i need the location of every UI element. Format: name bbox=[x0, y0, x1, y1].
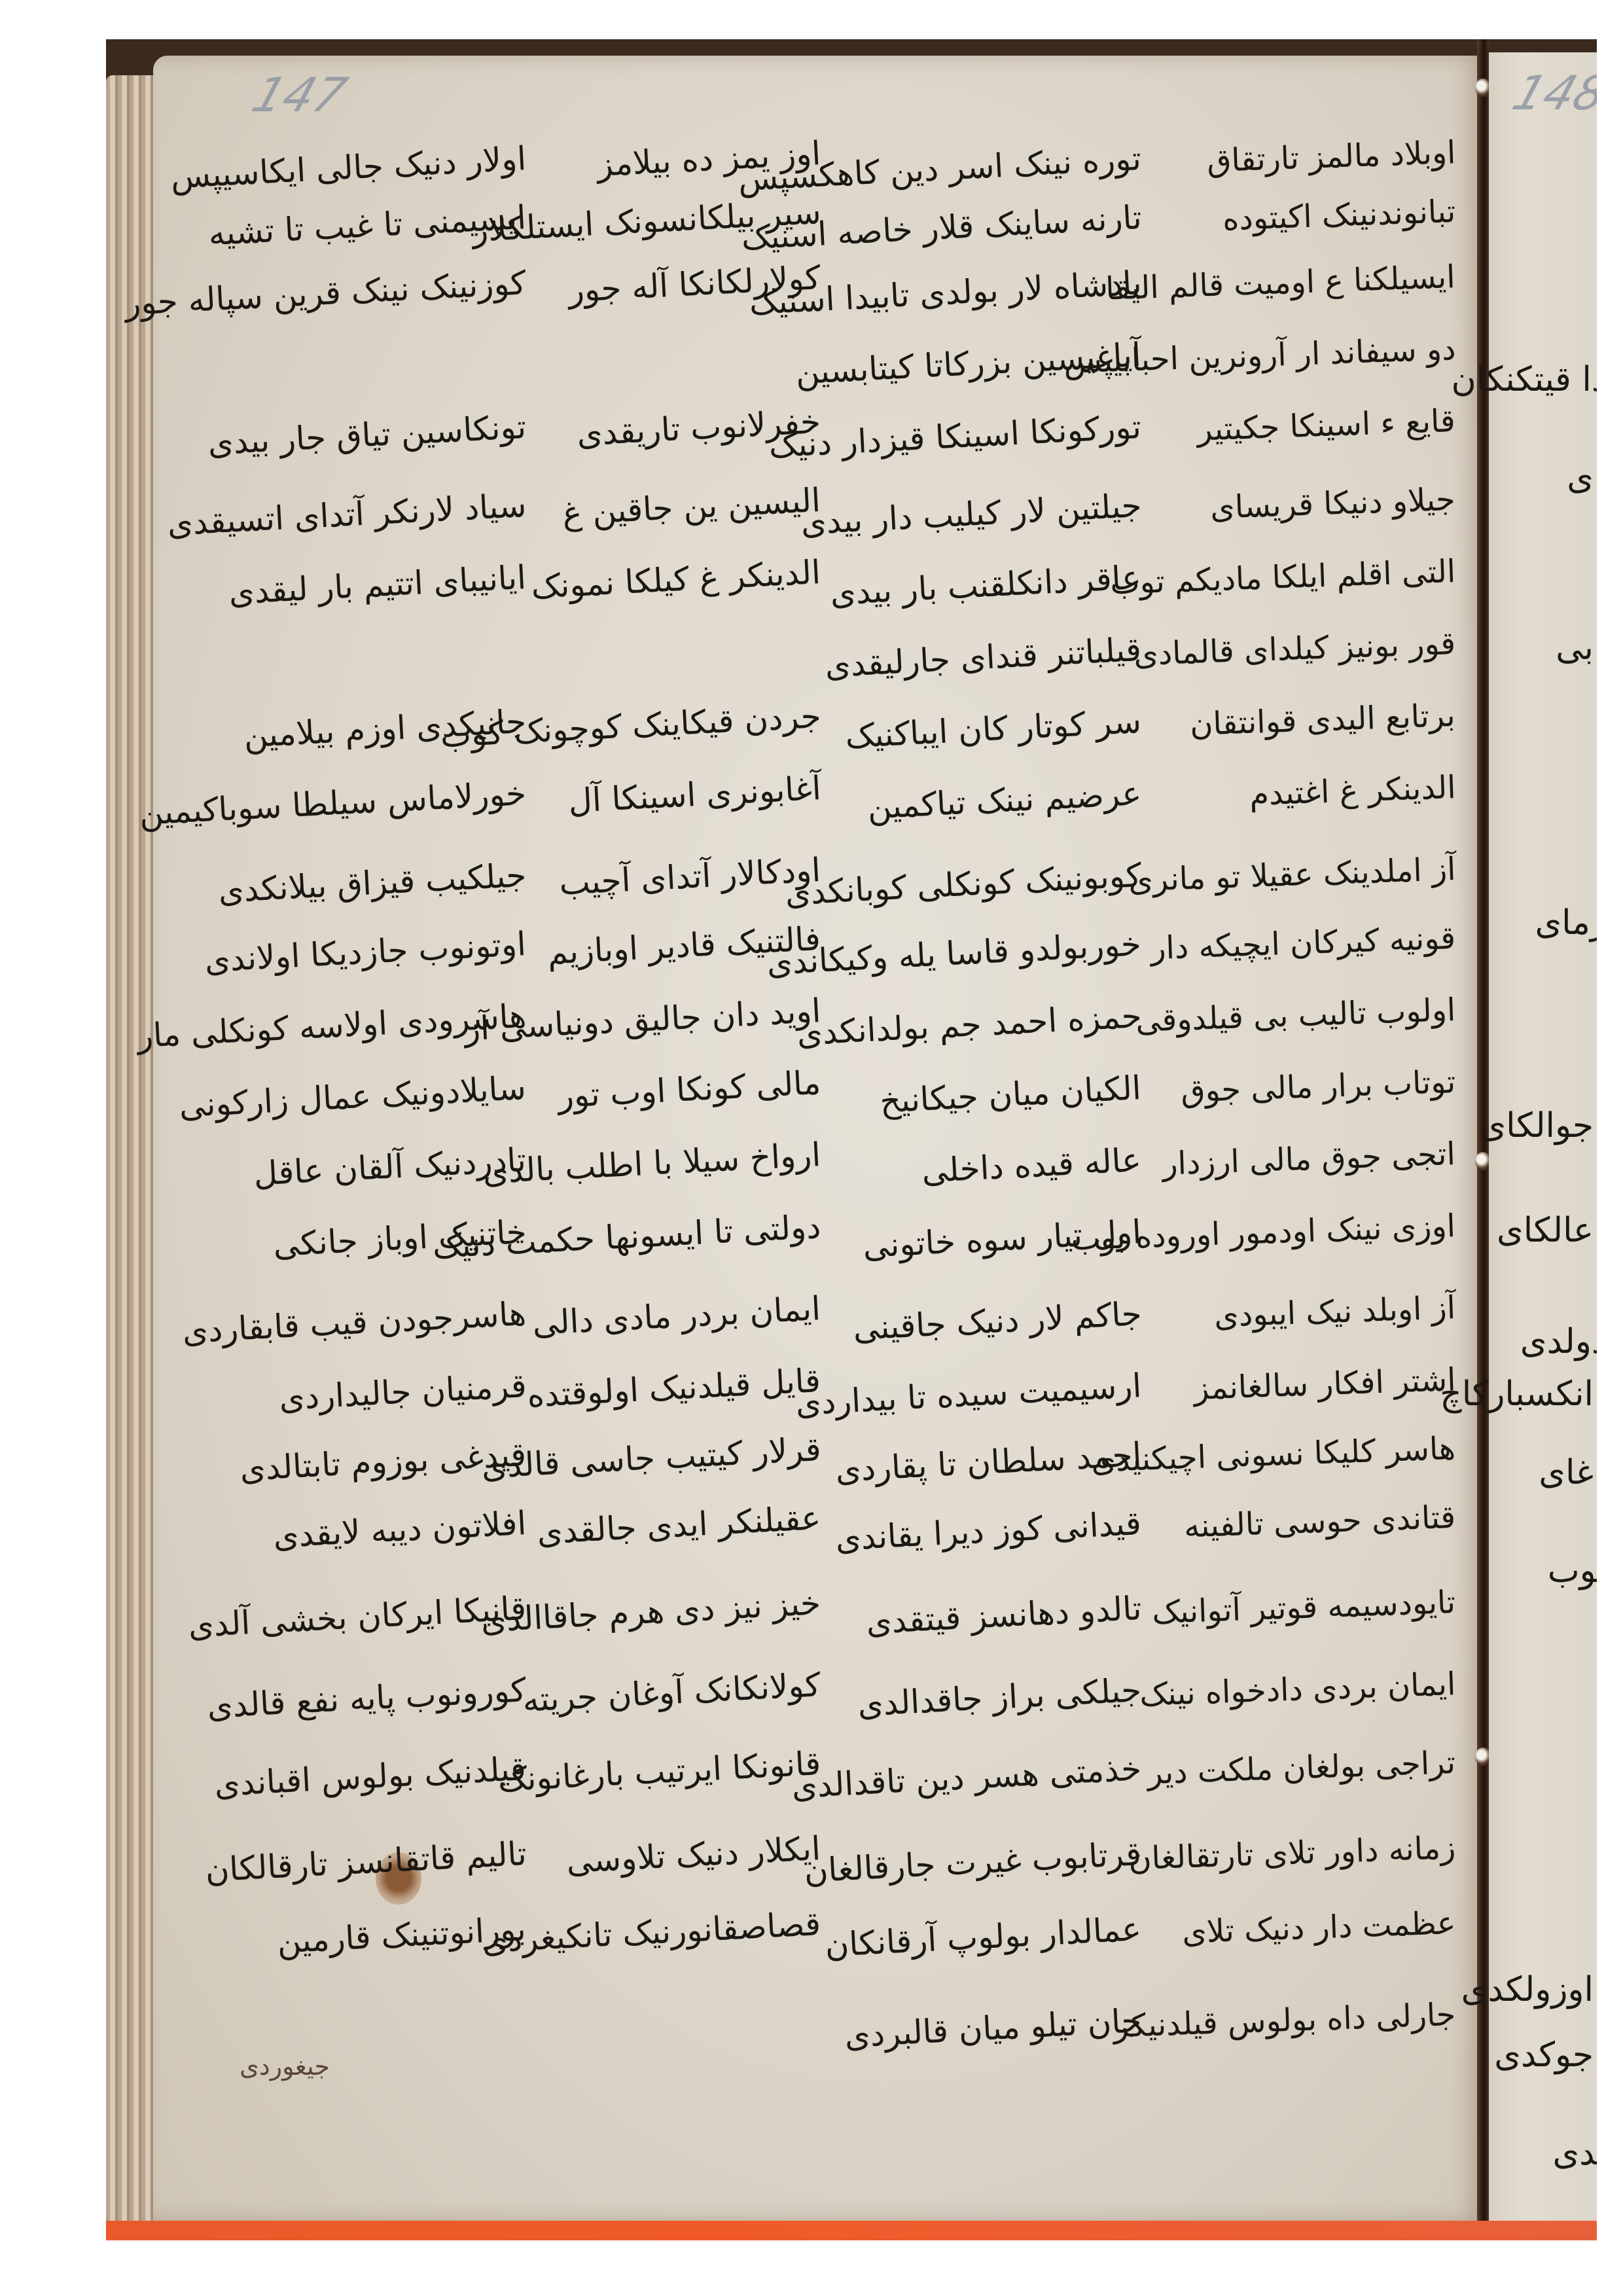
right-page-fragment: دا قیتکنکان bbox=[1451, 360, 1597, 399]
manuscript-line-right: ایسیلکنا ع اومیت قالم الیقا bbox=[1105, 259, 1456, 308]
manuscript-line-mid-right: قیدانی کوز دیرا یقاندی bbox=[835, 1504, 1143, 1558]
manuscript-line-mid-left: آغابونری اسینکا آل bbox=[567, 769, 822, 820]
manuscript-line-mid-right: آیاغیسین بزرکاتا کیتابسین bbox=[795, 336, 1143, 392]
right-page-fragment: انکسبارکاچ bbox=[1440, 1374, 1594, 1414]
page-stack-edges bbox=[106, 75, 158, 2229]
manuscript-line-mid-right: عاله قیده داخلی bbox=[921, 1141, 1142, 1190]
manuscript-line-mid-left: قصاصقانورنیک تانکیغردی bbox=[481, 1905, 821, 1960]
manuscript-line-left: کورونوب پایه نفع قالدی bbox=[206, 1671, 527, 1725]
manuscript-line-left: اولار دنیک جالی ایکاسیپس bbox=[169, 139, 527, 196]
manuscript-line-right: برتابع الیدی قوانتقان bbox=[1190, 697, 1456, 743]
manuscript-line-right: قونیه کیرکان ایچیکه دار bbox=[1150, 920, 1456, 967]
manuscript-line-right: اتجی جوق مالی ارزدار bbox=[1162, 1136, 1456, 1183]
manuscript-line-right: قتاندی حوسی تالفینه bbox=[1183, 1499, 1456, 1545]
manuscript-line-mid-left: اودکالار آتدای آچیب bbox=[558, 851, 821, 903]
manuscript-line-mid-right: احمد سلطان تا پقاردی bbox=[834, 1435, 1143, 1489]
manuscript-line-left: تونکاسین تیاق جار بیدی bbox=[207, 408, 527, 462]
manuscript-photo: 147 اوبلاد مالمز تارتقاقتوره نینک اسر دی… bbox=[106, 39, 1597, 2240]
manuscript-line-right: الدینکر غ اغتیدم bbox=[1249, 769, 1456, 813]
manuscript-line-right: تایودسیمه قوتیر آتوانیک bbox=[1151, 1584, 1456, 1631]
manuscript-line-mid-left: ارواخ سیلا با اطلب بالدی bbox=[482, 1136, 821, 1191]
manuscript-line-mid-left: قرلار کیتیب جاسی قالدی bbox=[480, 1430, 822, 1486]
manuscript-line-mid-right: خذمتی هسر دین تاقدالدی bbox=[791, 1749, 1142, 1806]
manuscript-line-right: جارلی داه بولوس قیلدنیکر bbox=[1113, 1996, 1456, 2045]
margin-note: جیغوردی bbox=[240, 2052, 330, 2081]
right-page-fragment: دولدی bbox=[1520, 1322, 1597, 1361]
manuscript-line-mid-left: الیسین ین جاقین غ bbox=[562, 481, 821, 533]
right-page-fragment: جوالکای bbox=[1479, 1106, 1594, 1145]
manuscript-line-mid-left: خیز نیز دی هرم جاقاالدی bbox=[480, 1584, 821, 1640]
manuscript-line-left: خورلاماس سیلطا سوباکیمین bbox=[138, 774, 527, 833]
manuscript-line-right: توتاب برار مالی جوق bbox=[1180, 1064, 1456, 1110]
manuscript-line-mid-right: حمزه احمد جم بولدانکدی bbox=[796, 997, 1143, 1053]
manuscript-line-left: افلاتون دیبه لایقدی bbox=[272, 1504, 527, 1555]
manuscript-line-mid-left: الدینکر غ کیلکا نمونک bbox=[530, 553, 821, 606]
manuscript-line-right: تراجی بولغان ملکت دیر bbox=[1147, 1744, 1456, 1791]
manuscript-line-left: ایانیبای اتتیم بار لیقدی bbox=[228, 558, 527, 612]
manuscript-line-left: قیلدنیک بولوس اقباندی bbox=[214, 1749, 527, 1804]
manuscript-line-mid-right: سر کوتار کان ایباکنیک bbox=[844, 702, 1142, 756]
manuscript-line-right: قایع ء اسینکا جکیتیر bbox=[1197, 403, 1456, 448]
manuscript-line-mid-right: ارسیمیت سیده تا بیداردی bbox=[794, 1367, 1142, 1423]
right-page: 148 دا قیتکنکانیبیرمایجوالکایعالکایدولدی… bbox=[1489, 52, 1597, 2225]
manuscript-line-left: سایلادونیک عمال زارکونی bbox=[179, 1069, 527, 1125]
manuscript-line-mid-left: قایل قیلدنیک اولوقتده bbox=[526, 1361, 821, 1414]
manuscript-line-left: اوتونوب جازدیکا اولاندی bbox=[204, 925, 527, 980]
manuscript-line-right: جیلاو دنیکا قریسای bbox=[1210, 481, 1456, 526]
left-page: 147 اوبلاد مالمز تارتقاقتوره نینک اسر دی… bbox=[153, 56, 1482, 2221]
manuscript-line-right: ایمان بردی دادخواه نینک bbox=[1139, 1666, 1456, 1713]
manuscript-line-right: آز املدینک عقیلا تو مانری bbox=[1128, 851, 1456, 899]
manuscript-line-mid-right: جاکم لار دنیک جاقینی bbox=[852, 1295, 1143, 1348]
right-page-fragment: رمای bbox=[1535, 903, 1597, 942]
manuscript-line-mid-right: جان تیلو میان قالبردی bbox=[844, 2001, 1143, 2055]
right-page-fragment: توب bbox=[1548, 1551, 1597, 1590]
manuscript-line-left: جیلکیب قیزاق بیلانکدی bbox=[217, 856, 527, 910]
manuscript-line-right: قور بونیز کیلدای قالمادی bbox=[1133, 625, 1456, 673]
manuscript-line-right: زمانه داور تلای تارتقالغان bbox=[1128, 1829, 1456, 1877]
manuscript-line-mid-right: عرضیم نینک تیاکمین bbox=[866, 774, 1142, 827]
right-page-fragment: اوزولکدی bbox=[1461, 1970, 1594, 2009]
manuscript-line-mid-right: تالدو دهانسز قیتقدی bbox=[865, 1589, 1143, 1641]
manuscript-line-mid-right: قرتابوب غیرت جارقالغان bbox=[803, 1835, 1142, 1890]
right-page-fragment: غای bbox=[1539, 1453, 1594, 1492]
manuscript-line-mid-right: عاقر دانکلقنب بار بیدی bbox=[829, 558, 1142, 613]
manuscript-line-right: التی اقلم ایلکا مادیکم توب bbox=[1109, 553, 1456, 601]
manuscript-line-left: هاسرجودن قیب قابقاردی bbox=[181, 1295, 527, 1350]
manuscript-line-mid-right: عمالدار بولوپ آرقانکان bbox=[824, 1910, 1142, 1964]
manuscript-line-right: اوبلاد مالمز تارتقاق bbox=[1206, 134, 1456, 179]
right-page-fragment: ی bbox=[1567, 458, 1594, 497]
manuscript-line-mid-left: مالی کونکا اوب تور bbox=[557, 1064, 822, 1115]
manuscript-line-right: تبانوندنینک اکیتوده bbox=[1222, 193, 1456, 238]
manuscript-line-mid-right: تورکونکا اسینکا قیزدار دنیک bbox=[768, 408, 1143, 465]
manuscript-line-right: اشتر افکار سالغانمز bbox=[1193, 1361, 1456, 1407]
manuscript-line-right: عظمت دار دنیک تلای bbox=[1181, 1905, 1456, 1951]
right-page-fragment: ندی bbox=[1553, 2134, 1597, 2173]
right-page-fragment: بی bbox=[1556, 628, 1594, 668]
manuscript-line-mid-right: خوربولدو قاسا یله وکیکاندی bbox=[766, 925, 1143, 982]
manuscript-line-mid-right: جیلتین لار کیلیب دار بیدی bbox=[800, 486, 1143, 542]
manuscript-line-mid-right: اول تیار سوه خاتونی bbox=[862, 1213, 1142, 1265]
manuscript-line-mid-right: قیلباتنر قندای جارلیقدی bbox=[824, 630, 1142, 685]
manuscript-line-mid-right: الکیان میان جیکانیخ bbox=[880, 1069, 1143, 1121]
manuscript-line-mid-left: قانونکا ایرتیب بارغانونک bbox=[497, 1744, 821, 1799]
manuscript-line-mid-left: ایکلار دنیک تلاوسی bbox=[565, 1829, 821, 1880]
manuscript-line-left: قانیکا ایرکان بخشی آلدی bbox=[187, 1589, 527, 1645]
manuscript-line-left: کوزنینک نینک قرین سپاله جور bbox=[124, 264, 527, 323]
manuscript-line-left: قرمنیان جالیداردی bbox=[278, 1367, 527, 1418]
manuscript-line-mid-right: جیلکی براز جاقدالدی bbox=[857, 1671, 1142, 1724]
manuscript-line-mid-left: عقیلنکر ایدی جالقدی bbox=[536, 1499, 822, 1552]
manuscript-line-left: سیاد لارنکر آتدای اتسیقدی bbox=[166, 486, 527, 543]
manuscript-line-left: تالیم قاتقانسز تارقالکان bbox=[204, 1835, 527, 1890]
manuscript-line-right: اولوب تالیب بی قیلدوقی bbox=[1135, 992, 1456, 1039]
right-page-fragment: جوکدی bbox=[1494, 2036, 1594, 2075]
right-page-fragment: عالکای bbox=[1497, 1211, 1594, 1250]
manuscript-line-mid-right: کوبونینک کونکلی کوبانکدی bbox=[784, 856, 1142, 912]
manuscript-line-mid-left: ایمان بردر مادی دالی bbox=[531, 1289, 821, 1342]
manuscript-line-right: هاسر کلیکا نسونی اچیکنیدی bbox=[1091, 1430, 1456, 1479]
manuscript-line-right: آز اوبلد نیک ایبودی bbox=[1213, 1289, 1456, 1335]
manuscript-line-mid-left: کولانکانک آوغان جریته bbox=[522, 1666, 821, 1719]
page-number-right: 148 bbox=[1506, 65, 1597, 120]
table-surface bbox=[106, 2221, 1597, 2240]
page-number-left: 147 bbox=[245, 67, 353, 122]
